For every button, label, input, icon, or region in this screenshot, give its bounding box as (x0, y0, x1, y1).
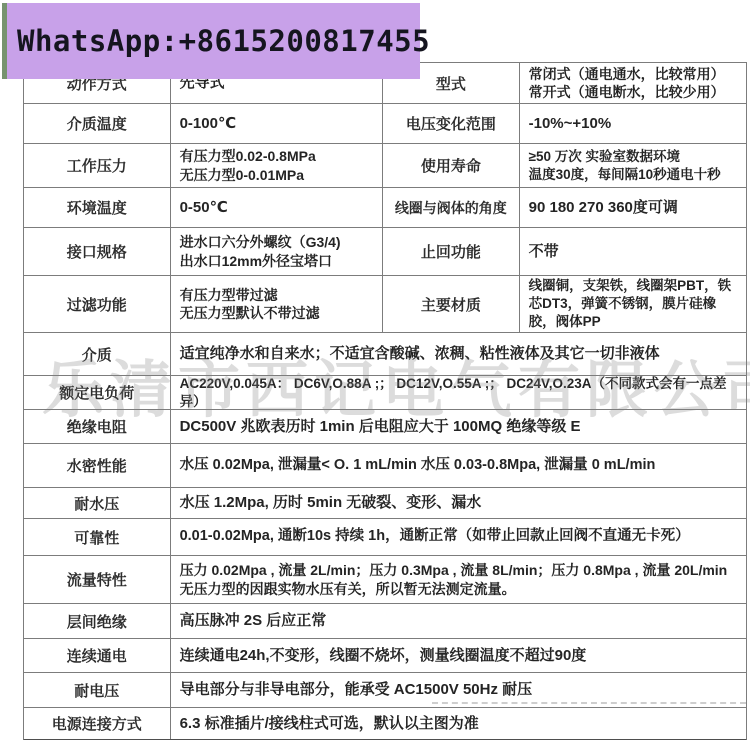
table-row: 工作压力 有压力型0.02-0.8MPa 无压力型0-0.01MPa 使用寿命 … (24, 144, 746, 188)
row-label: 工作压力 (24, 144, 171, 187)
row-label: 可靠性 (24, 519, 171, 555)
row-value: 不带 (520, 228, 746, 275)
row-value: ≥50 万次 实验室数据环境 温度30度，每间隔10秒通电十秒 (520, 144, 746, 187)
row-label: 止回功能 (383, 228, 520, 275)
row-value: AC220V,0.045A： DC6V,O.88A ;； DC12V,O.55A… (171, 376, 746, 409)
row-label: 接口规格 (24, 228, 171, 275)
row-label: 电源连接方式 (24, 708, 171, 739)
table-row: 接口规格 进水口六分外螺纹（G3/4) 出水口12mm外径宝塔口 止回功能 不带 (24, 228, 746, 276)
table-row: 额定电负荷 AC220V,0.045A： DC6V,O.88A ;； DC12V… (24, 376, 746, 410)
whatsapp-number: WhatsApp:+8615200817455 (17, 24, 430, 58)
row-value: 90 180 270 360度可调 (520, 188, 746, 227)
row-label: 耐电压 (24, 673, 171, 707)
row-value: 水压 1.2Mpa, 历时 5min 无破裂、变形、漏水 (171, 488, 746, 518)
row-label: 主要材质 (383, 276, 520, 332)
row-value: 进水口六分外螺纹（G3/4) 出水口12mm外径宝塔口 (171, 228, 383, 275)
table-row: 水密性能 水压 0.02Mpa, 泄漏量< O. 1 mL/min 水压 0.0… (24, 444, 746, 488)
row-value: 压力 0.02Mpa , 流量 2L/min；压力 0.3Mpa , 流量 8L… (171, 556, 746, 603)
table-row: 电源连接方式 6.3 标准插片/接线柱式可选，默认以主图为准 (24, 708, 746, 739)
row-value: 有压力型0.02-0.8MPa 无压力型0-0.01MPa (171, 144, 383, 187)
row-label: 层间绝缘 (24, 604, 171, 638)
row-value: 常闭式（通电通水，比较常用） 常开式（通电断水，比较少用） (520, 63, 746, 103)
row-label: 介质温度 (24, 104, 171, 143)
row-value: 适宜纯净水和自来水；不适宜含酸碱、浓稠、粘性液体及其它一切非液体 (171, 333, 746, 375)
row-value: 有压力型带过滤 无压力型默认不带过滤 (171, 276, 383, 332)
row-value: 水压 0.02Mpa, 泄漏量< O. 1 mL/min 水压 0.03-0.8… (171, 444, 746, 487)
row-value: 0.01-0.02Mpa, 通断10s 持续 1h，通断正常（如带止回款止回阀不… (171, 519, 746, 555)
table-row: 流量特性 压力 0.02Mpa , 流量 2L/min；压力 0.3Mpa , … (24, 556, 746, 604)
table-row: 过滤功能 有压力型带过滤 无压力型默认不带过滤 主要材质 线圈铜，支架铁，线圈架… (24, 276, 746, 333)
row-value: 0-100℃ (171, 104, 383, 143)
table-row: 介质 适宜纯净水和自来水；不适宜含酸碱、浓稠、粘性液体及其它一切非液体 (24, 333, 746, 376)
row-value: 高压脉冲 2S 后应正常 (171, 604, 746, 638)
spec-table: 动作方式 先导式 型式 常闭式（通电通水，比较常用） 常开式（通电断水，比较少用… (23, 62, 747, 740)
row-label: 额定电负荷 (24, 376, 171, 409)
row-value: DC500V 兆欧表历时 1min 后电阻应大于 100MQ 绝缘等级 E (171, 410, 746, 443)
row-label: 环境温度 (24, 188, 171, 227)
row-label: 介质 (24, 333, 171, 375)
row-label: 过滤功能 (24, 276, 171, 332)
row-label: 连续通电 (24, 639, 171, 672)
row-label: 使用寿命 (383, 144, 520, 187)
row-value: 0-50℃ (171, 188, 383, 227)
table-row: 层间绝缘 高压脉冲 2S 后应正常 (24, 604, 746, 639)
row-label: 线圈与阀体的角度 (383, 188, 520, 227)
row-label: 电压变化范围 (383, 104, 520, 143)
row-label: 绝缘电阻 (24, 410, 171, 443)
table-row: 绝缘电阻 DC500V 兆欧表历时 1min 后电阻应大于 100MQ 绝缘等级… (24, 410, 746, 444)
table-row: 介质温度 0-100℃ 电压变化范围 -10%~+10% (24, 104, 746, 144)
table-row: 可靠性 0.01-0.02Mpa, 通断10s 持续 1h，通断正常（如带止回款… (24, 519, 746, 556)
table-row: 连续通电 连续通电24h,不变形，线圈不烧坏，测量线圈温度不超过90度 (24, 639, 746, 673)
row-value: 6.3 标准插片/接线柱式可选，默认以主图为准 (171, 708, 746, 739)
row-label: 耐水压 (24, 488, 171, 518)
row-value: 线圈铜，支架铁，线圈架PBT，铁芯DT3，弹簧不锈钢，膜片硅橡胶，阀体PP (520, 276, 746, 332)
row-value: -10%~+10% (520, 104, 746, 143)
whatsapp-banner: WhatsApp:+8615200817455 (2, 3, 420, 79)
row-value: 连续通电24h,不变形，线圈不烧坏，测量线圈温度不超过90度 (171, 639, 746, 672)
table-row: 耐水压 水压 1.2Mpa, 历时 5min 无破裂、变形、漏水 (24, 488, 746, 519)
row-label: 流量特性 (24, 556, 171, 603)
row-label: 水密性能 (24, 444, 171, 487)
table-row: 环境温度 0-50℃ 线圈与阀体的角度 90 180 270 360度可调 (24, 188, 746, 228)
dashed-line-artifact (432, 702, 746, 704)
